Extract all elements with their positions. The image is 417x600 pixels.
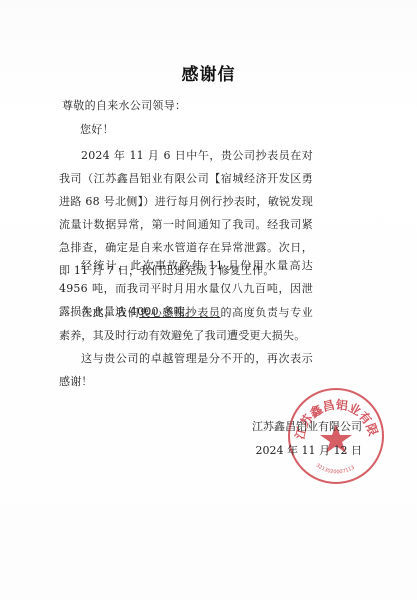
signature-date: 2024 年 11 月 12 日 <box>256 442 362 458</box>
letter-title: 感谢信 <box>0 60 417 85</box>
company-seal-stamp: 江苏鑫昌铝业有限公司 3213020007113 <box>288 388 384 484</box>
paragraph-thanks: 在此，我们衷心感谢抄表员的高度负责与专业素养，其及时行动有效避免了我司遭受更大损… <box>59 301 313 347</box>
thanks-text-before: 在此，我们 <box>81 306 139 319</box>
letter-page: 感谢信 尊敬的自来水公司领导： 您好！ 2024 年 11 月 6 日中午，贵公… <box>0 0 417 600</box>
paragraph-closing: 这与贵公司的卓越管理是分不开的，再次表示感谢！ <box>59 347 313 393</box>
thanks-underlined-text: 衷心感谢抄表员 <box>139 306 220 319</box>
signature-company: 江苏鑫昌铝业有限公司 <box>252 418 362 434</box>
greeting: 您好！ <box>80 121 114 137</box>
salutation: 尊敬的自来水公司领导： <box>62 97 186 113</box>
seal-star-icon: 江苏鑫昌铝业有限公司 3213020007113 <box>290 390 382 482</box>
svg-text:3213020007113: 3213020007113 <box>315 462 356 475</box>
